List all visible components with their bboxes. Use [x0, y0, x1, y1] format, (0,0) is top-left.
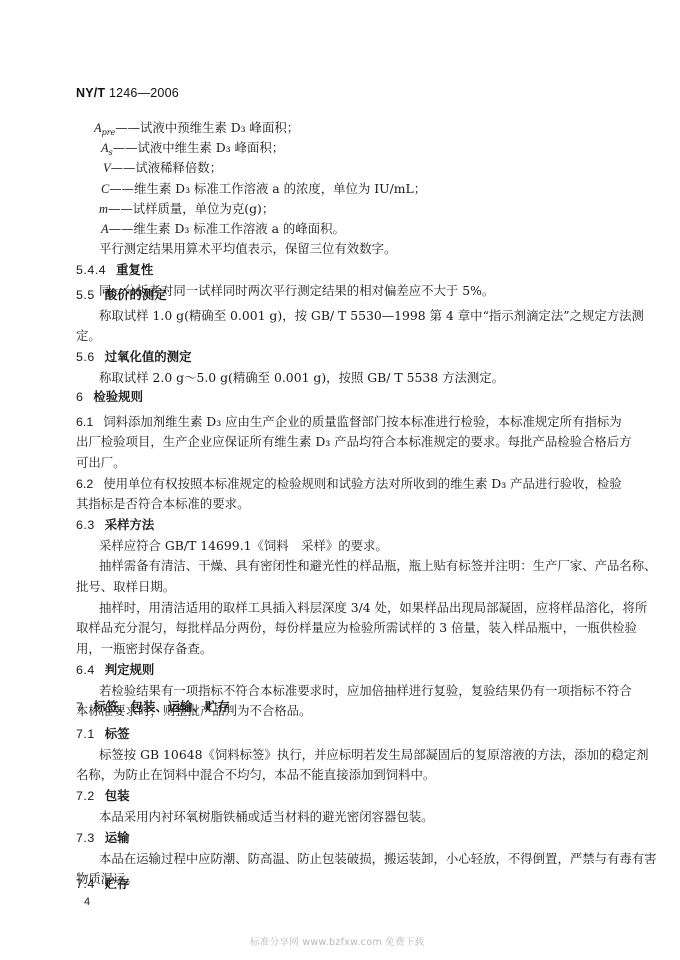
paragraph-6-2-line-2: 其指标是否符合本标准的要求。 [76, 496, 249, 512]
paragraph-acid-value-2: 定。 [76, 328, 101, 344]
paragraph-sampling-1: 采样应符合 GB/T 14699.1《饲料 采样》的要求。 [99, 538, 388, 554]
page-number: 4 [84, 896, 90, 908]
paragraph-6-2-line-1: 6.2使用单位有权按照本标准规定的检验规则和试验方法对所收到的维生素 D₃ 产品… [76, 476, 622, 492]
paragraph-sampling-2a: 抽样需备有清洁、干燥、具有密闭性和避光性的样品瓶，瓶上贴有标签并注明：生产厂家、… [99, 558, 657, 574]
definition-m: m——试样质量，单位为克(g)； [99, 201, 274, 217]
paragraph-6-1-line-2: 出厂检验项目，生产企业应保证所有维生素 D₃ 产品均符合本标准规定的要求。每批产… [76, 434, 632, 450]
standard-code-header: NY/T 1246—2006 [76, 86, 179, 100]
document-page: NY/T 1246—2006 Apre——试液中预维生素 D₃ 峰面积； As—… [0, 0, 680, 960]
paragraph-6-1-line-3: 可出厂。 [76, 455, 126, 471]
section-heading-storage-title: 7.4贮存 [76, 876, 130, 892]
section-heading-transport: 7.3运输 [76, 830, 130, 846]
section-heading-judgment-rules: 6.4判定规则 [76, 662, 154, 678]
standard-code: NY/T [76, 86, 105, 100]
paragraph-sampling-3a: 抽样时，用清洁适用的取样工具插入料层深度 3/4 处，如果样品出现局部凝固，应将… [99, 600, 647, 616]
paragraph-judgment-1: 若检验结果有一项指标不符合本标准要求时，应加倍抽样进行复验，复验结果仍有一项指标… [99, 683, 632, 699]
watermark-text: 标准分享网 www.bzfxw.com 免费下载 [250, 934, 424, 948]
definition-a-s: As——试液中维生素 D₃ 峰面积； [101, 140, 284, 161]
section-heading-5-4-4: 5.4.4重复性 [76, 262, 153, 278]
paragraph-peroxide-value: 称取试样 2.0 g～5.0 g(精确至 0.001 g)，按照 GB/ T 5… [99, 370, 504, 386]
section-heading-peroxide-value: 5.6过氧化值的测定 [76, 349, 191, 365]
paragraph-packaging: 本品采用内衬环氧树脂铁桶或适当材料的避光密闭容器包装。 [99, 809, 434, 825]
chapter-heading-labeling-packaging: 7标签、包装、运输、贮存 [76, 699, 230, 715]
paragraph-sampling-2b: 批号、取样日期。 [76, 579, 175, 595]
section-heading-packaging: 7.2包装 [76, 788, 130, 804]
paragraph-6-1-line-1: 6.1饲料添加剂维生素 D₃ 应由生产企业的质量监督部门按本标准进行检验，本标准… [76, 414, 622, 430]
definition-a: A——维生素 D₃ 标准工作溶液 a 的峰面积。 [101, 221, 345, 237]
standard-number: 1246—2006 [109, 86, 179, 100]
definition-a-pre: Apre——试液中预维生素 D₃ 峰面积； [94, 120, 299, 141]
section-heading-labels: 7.1标签 [76, 726, 130, 742]
paragraph-labels-1: 标签按 GB 10648《饲料标签》执行，并应标明若发生局部凝固后的复原溶液的方… [99, 747, 649, 763]
paragraph-average-note: 平行测定结果用算术平均值表示，保留三位有效数字。 [99, 241, 396, 257]
definition-c: C——维生素 D₃ 标准工作溶液 a 的浓度，单位为 IU/mL； [101, 181, 426, 197]
paragraph-labels-2: 名称，为防止在饲料中混合不均匀，本品不能直接添加到饲料中。 [76, 767, 435, 783]
section-heading-acid-value: 5.5酸价的测定 [76, 287, 167, 303]
paragraph-transport-1: 本品在运输过程中应防潮、防高温、防止包装破损，搬运装卸，小心轻放，不得倒置，严禁… [99, 851, 657, 867]
paragraph-acid-value-1: 称取试样 1.0 g(精确至 0.001 g)，按 GB/ T 5530—199… [99, 308, 644, 324]
paragraph-sampling-3b: 取样品充分混匀，每批样品分两份，每份样量应为检验所需试样的 3 倍量，装入样品瓶… [76, 620, 637, 636]
section-heading-sampling-method: 6.3采样方法 [76, 517, 154, 533]
definition-v: V——试液稀释倍数； [103, 160, 222, 176]
chapter-heading-inspection-rules: 6检验规则 [76, 389, 143, 405]
paragraph-sampling-3c: 用，一瓶密封保存备查。 [76, 641, 212, 657]
